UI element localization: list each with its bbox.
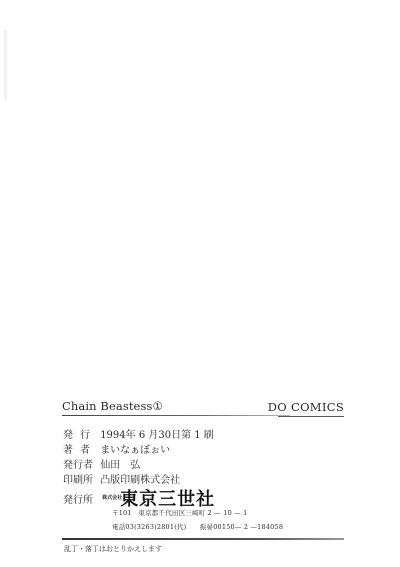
publisher-key: 発行所 (63, 491, 97, 506)
row-author: 著者 まいなぁぼぉい (63, 441, 170, 456)
corp-mark: 株式会社 (102, 496, 112, 501)
row-key: 著者 (63, 441, 97, 456)
publisher-row: 発行所 株式会社 東京三世社 (63, 485, 215, 505)
row-issued: 発行 1994年 6 月30日第 1 刷 (63, 426, 214, 441)
row-key: 印刷所 (63, 471, 97, 486)
row-key: 発行 (63, 426, 97, 441)
replacement-notice: 乱丁・落丁はおとりかえします (64, 544, 162, 554)
bottom-rule (62, 538, 344, 540)
label-rule (278, 416, 344, 417)
row-printer: 印刷所 凸版印刷株式会社 (63, 471, 180, 486)
title-rule (62, 415, 290, 416)
publisher-name: 東京三世社 (120, 489, 215, 510)
title-row: Chain Beastess① DO COMICS (62, 399, 344, 415)
row-value: 1994年 6 月30日第 1 刷 (100, 430, 214, 441)
publisher-contact: 電話03(3263)2801(代) 振晏00150— 2 —184058 (112, 522, 283, 531)
row-value: まいなぁぼぉい (100, 445, 170, 456)
label-name: DO COMICS (268, 400, 344, 414)
publisher-address: 〒101 東京都千代田区三崎町 2 — 10 — 1 (112, 508, 247, 517)
row-issuer: 発行者 仙田 弘 (63, 456, 140, 471)
colophon: Chain Beastess① DO COMICS 発行 1994年 6 月30… (0, 0, 400, 567)
row-value: 仙田 弘 (100, 460, 140, 471)
book-title: Chain Beastess① (62, 399, 163, 413)
row-key: 発行者 (63, 456, 97, 471)
